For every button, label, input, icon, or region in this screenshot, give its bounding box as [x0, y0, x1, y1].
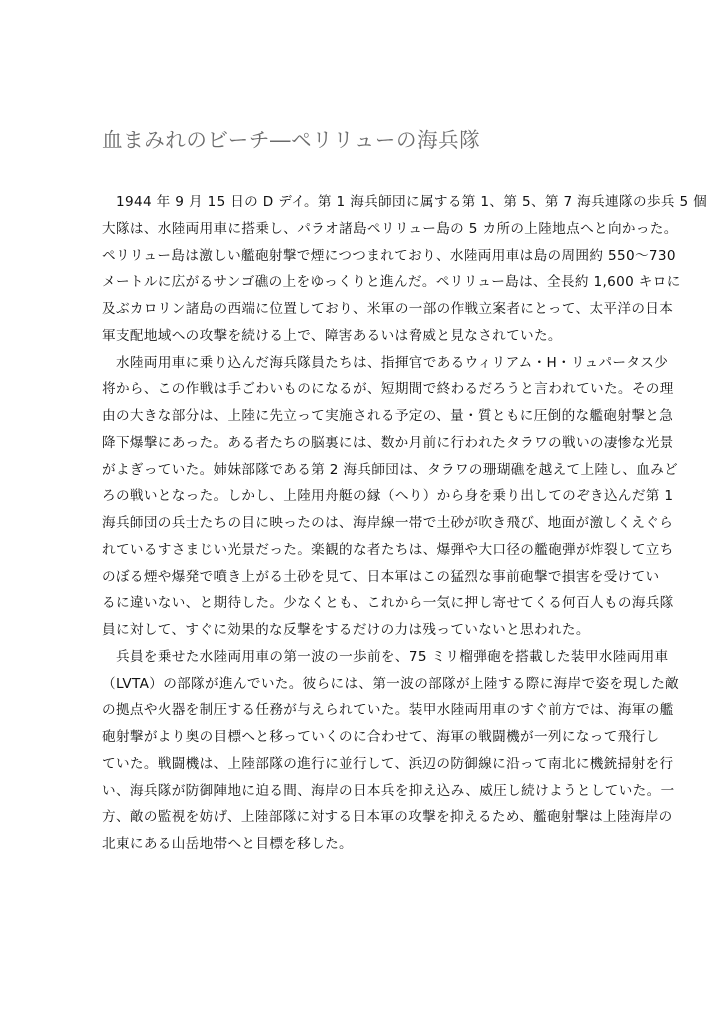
document-title: 血まみれのビーチ―ペリリューの海兵隊 [102, 123, 480, 153]
text-line: 大隊は、水陸両用車に搭乗し、パラオ諸島ペリリュー島の 5 カ所の上陸地点へと向か… [102, 216, 630, 243]
paragraph-1: 1944 年 9 月 15 日の D デイ。第 1 海兵師団に属する第 1、第 … [102, 189, 630, 350]
text-line: ろの戦いとなった。しかし、上陸用舟艇の縁（へり）から身を乗り出してのぞき込んだ第… [102, 483, 630, 510]
text-line: 由の大きな部分は、上陸に先立って実施される予定の、量・質ともに圧倒的な艦砲射撃と… [102, 403, 630, 430]
text-line: 兵員を乗せた水陸両用車の第一波の一歩前を、75 ミリ榴弾砲を搭載した装甲水陸両用… [102, 644, 630, 671]
paragraph-3: 兵員を乗せた水陸両用車の第一波の一歩前を、75 ミリ榴弾砲を搭載した装甲水陸両用… [102, 644, 630, 858]
text-line: の拠点や火器を制圧する任務が与えられていた。装甲水陸両用車のすぐ前方では、海軍の… [102, 697, 630, 724]
text-line: 海兵師団の兵士たちの目に映ったのは、海岸線一帯で土砂が吹き飛び、地面が激しくえぐ… [102, 510, 630, 537]
text-line: ペリリュー島は激しい艦砲射撃で煙につつまれており、水陸両用車は島の周囲約 550… [102, 243, 630, 270]
paragraph-2: 水陸両用車に乗り込んだ海兵隊員たちは、指揮官であるウィリアム・H・リュパータス少… [102, 350, 630, 644]
text-line: 軍支配地域への攻撃を続ける上で、障害あるいは脅威と見なされていた。 [102, 323, 630, 350]
text-line: がよぎっていた。姉妹部隊である第 2 海兵師団は、タラワの珊瑚礁を越えて上陸し、… [102, 457, 630, 484]
text-line: れているすさまじい光景だった。楽観的な者たちは、爆弾や大口径の艦砲弾が炸裂して立… [102, 537, 630, 564]
text-line: ていた。戦闘機は、上陸部隊の進行に並行して、浜辺の防御線に沿って南北に機銃掃射を… [102, 751, 630, 778]
text-line: のぼる煙や爆発で噴き上がる土砂を見て、日本軍はこの猛烈な事前砲撃で損害を受けてい [102, 564, 630, 591]
text-line: 及ぶカロリン諸島の西端に位置しており、米軍の一部の作戦立案者にとって、太平洋の日… [102, 296, 630, 323]
text-line: （LVTA）の部隊が進んでいた。彼らには、第一波の部隊が上陸する際に海岸で姿を現… [102, 671, 630, 698]
text-line: 1944 年 9 月 15 日の D デイ。第 1 海兵師団に属する第 1、第 … [102, 189, 630, 216]
text-line: るに違いない、と期待した。少なくとも、これから一気に押し寄せてくる何百人もの海兵… [102, 590, 630, 617]
text-line: 水陸両用車に乗り込んだ海兵隊員たちは、指揮官であるウィリアム・H・リュパータス少 [102, 350, 630, 377]
text-line: い、海兵隊が防御陣地に迫る間、海岸の日本兵を抑え込み、威圧し続けようとしていた。… [102, 778, 630, 805]
text-line: メートルに広がるサンゴ礁の上をゆっくりと進んだ。ペリリュー島は、全長約 1,60… [102, 269, 630, 296]
text-line: 降下爆撃にあった。ある者たちの脳裏には、数か月前に行われたタラワの戦いの凄惨な光… [102, 430, 630, 457]
text-line: 方、敵の監視を妨げ、上陸部隊に対する日本軍の攻撃を抑えるため、艦砲射撃は上陸海岸… [102, 804, 630, 831]
text-line: 員に対して、すぐに効果的な反撃をするだけの力は残っていないと思われた。 [102, 617, 630, 644]
text-line: 砲射撃がより奥の目標へと移っていくのに合わせて、海軍の戦闘機が一列になって飛行し [102, 724, 630, 751]
document-body: 1944 年 9 月 15 日の D デイ。第 1 海兵師団に属する第 1、第 … [102, 189, 630, 858]
text-line: 北東にある山岳地帯へと目標を移した。 [102, 831, 630, 858]
text-line: 将から、この作戦は手ごわいものになるが、短期間で終わるだろうと言われていた。その… [102, 376, 630, 403]
